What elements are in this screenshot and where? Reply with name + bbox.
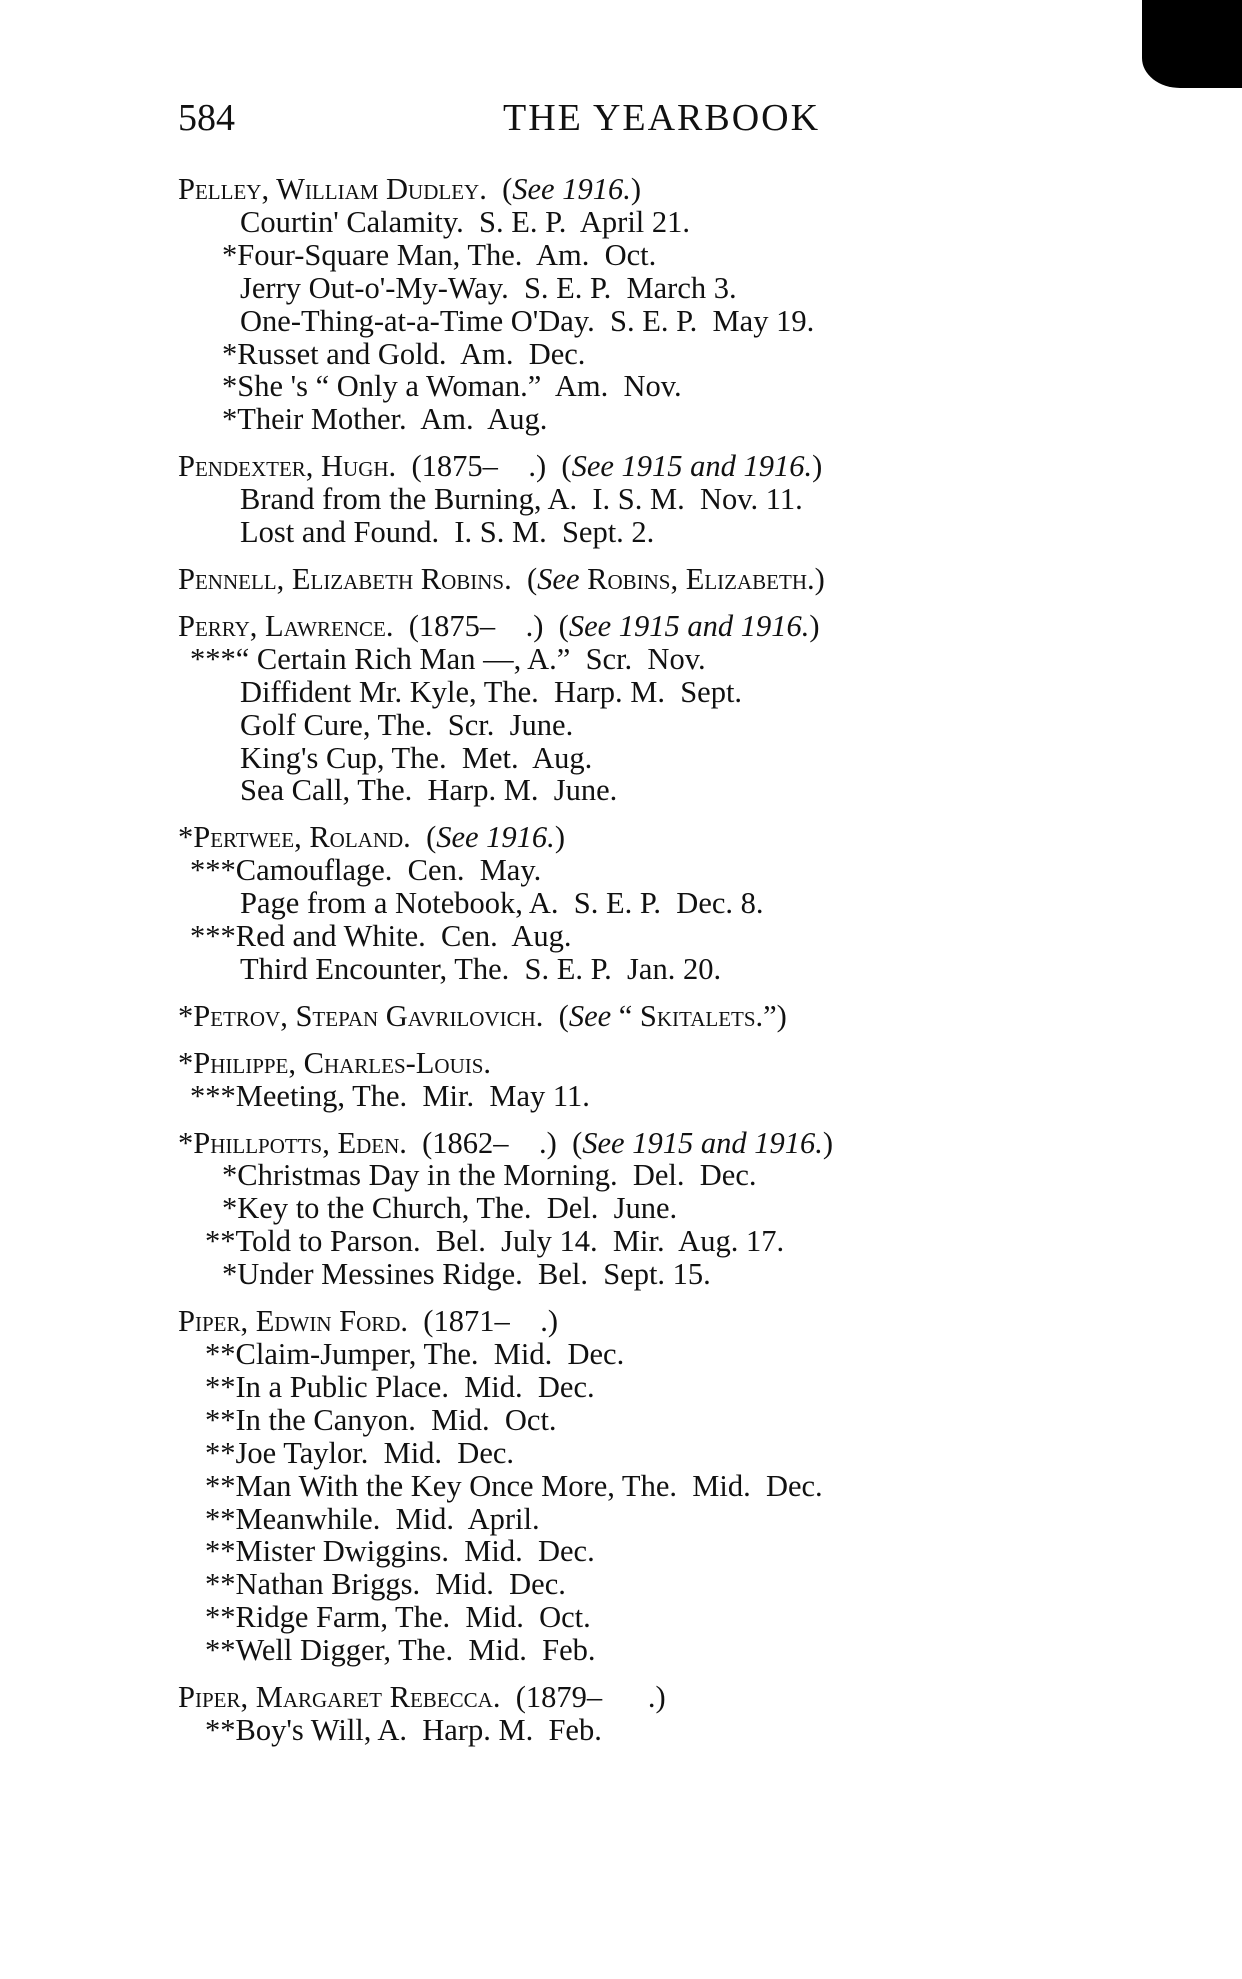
author-name: Piper, Edwin Ford.	[178, 1304, 408, 1338]
work-item: ***Red and White. Cen. Aug.	[178, 920, 1138, 953]
see-open: (	[572, 1126, 582, 1160]
work-title: Christmas Day in the Morning. Del. Dec.	[237, 1158, 756, 1192]
author-star: *	[178, 1046, 193, 1080]
author-dates: (1879– .)	[516, 1680, 666, 1714]
author-name: Pertwee, Roland.	[193, 820, 411, 854]
work-title: Mister Dwiggins. Mid. Dec.	[236, 1534, 595, 1568]
distinction-stars: *	[222, 239, 237, 272]
work-title: In the Canyon. Mid. Oct.	[236, 1403, 557, 1437]
work-title: Russet and Gold. Am. Dec.	[237, 337, 585, 371]
work-item: ***Camouflage. Cen. May.	[178, 854, 1138, 887]
author-line: *Petrov, Stepan Gavrilovich. (See “ Skit…	[178, 1000, 1138, 1033]
work-title: Ridge Farm, The. Mid. Oct.	[236, 1600, 591, 1634]
distinction-stars: **	[205, 1714, 236, 1747]
see-target: )	[823, 1126, 833, 1160]
distinction-stars: **	[205, 1535, 236, 1568]
work-item: ***“ Certain Rich Man —, A.” Scr. Nov.	[178, 643, 1138, 676]
author-dates: (1875– .)	[411, 449, 546, 483]
work-item: Lost and Found. I. S. M. Sept. 2.	[178, 516, 1138, 549]
work-item: Jerry Out-o'-My-Way. S. E. P. March 3.	[178, 272, 1138, 305]
work-item: **Meanwhile. Mid. April.	[178, 1503, 1138, 1536]
distinction-stars: *	[222, 403, 237, 436]
author-name: Petrov, Stepan Gavrilovich.	[193, 999, 543, 1033]
distinction-stars: *	[222, 338, 237, 371]
work-title: Under Messines Ridge. Bel. Sept. 15.	[237, 1257, 711, 1291]
work-item: Brand from the Burning, A. I. S. M. Nov.…	[178, 483, 1138, 516]
work-item: Courtin' Calamity. S. E. P. April 21.	[178, 206, 1138, 239]
author-name: Piper, Margaret Rebecca.	[178, 1680, 500, 1714]
work-item: **In the Canyon. Mid. Oct.	[178, 1404, 1138, 1437]
work-title: One-Thing-at-a-Time O'Day. S. E. P. May …	[240, 304, 814, 338]
work-title: In a Public Place. Mid. Dec.	[236, 1370, 595, 1404]
work-title: Nathan Briggs. Mid. Dec.	[236, 1567, 566, 1601]
distinction-stars: *	[222, 370, 237, 403]
work-item: One-Thing-at-a-Time O'Day. S. E. P. May …	[178, 305, 1138, 338]
work-item: *Russet and Gold. Am. Dec.	[178, 338, 1138, 371]
work-item: **Man With the Key Once More, The. Mid. …	[178, 1470, 1138, 1503]
work-item: Page from a Notebook, A. S. E. P. Dec. 8…	[178, 887, 1138, 920]
see-target: “ Skitalets.”)	[611, 999, 787, 1033]
work-title: Man With the Key Once More, The. Mid. De…	[236, 1469, 823, 1503]
work-title: Claim-Jumper, The. Mid. Dec.	[236, 1337, 625, 1371]
running-title: THE YEARBOOK	[503, 96, 820, 140]
author-name: Perry, Lawrence.	[178, 609, 393, 643]
author-entry: Piper, Margaret Rebecca. (1879– .)**Boy'…	[178, 1681, 1138, 1747]
distinction-stars: **	[205, 1437, 236, 1470]
work-item: *Christmas Day in the Morning. Del. Dec.	[178, 1159, 1138, 1192]
work-item: Diffident Mr. Kyle, The. Harp. M. Sept.	[178, 676, 1138, 709]
work-title: Well Digger, The. Mid. Feb.	[236, 1633, 596, 1667]
author-entry: Perry, Lawrence. (1875– .) (See 1915 and…	[178, 610, 1138, 807]
work-title: Their Mother. Am. Aug.	[237, 402, 547, 436]
author-dates: (1862– .)	[422, 1126, 557, 1160]
author-line: *Pertwee, Roland. (See 1916.)	[178, 821, 1138, 854]
work-title: Sea Call, The. Harp. M. June.	[240, 773, 617, 807]
author-entry: Pennell, Elizabeth Robins. (See Robins, …	[178, 563, 1138, 596]
work-item: **Joe Taylor. Mid. Dec.	[178, 1437, 1138, 1470]
distinction-stars: ***	[190, 920, 236, 953]
work-title: Lost and Found. I. S. M. Sept. 2.	[240, 515, 654, 549]
author-line: *Philippe, Charles-Louis.	[178, 1047, 1138, 1080]
see-target: )	[631, 172, 641, 206]
distinction-stars: **	[205, 1601, 236, 1634]
distinction-stars: ***	[190, 1080, 236, 1113]
author-dates: (1871– .)	[423, 1304, 558, 1338]
distinction-stars: *	[222, 1192, 237, 1225]
author-entry: *Phillpotts, Eden. (1862– .) (See 1915 a…	[178, 1127, 1138, 1292]
work-item: *She 's “ Only a Woman.” Am. Nov.	[178, 370, 1138, 403]
work-title: Camouflage. Cen. May.	[236, 853, 542, 887]
author-dates: (1875– .)	[409, 609, 544, 643]
work-title: Key to the Church, The. Del. June.	[237, 1191, 677, 1225]
see-target: )	[812, 449, 822, 483]
distinction-stars: **	[205, 1371, 236, 1404]
distinction-stars: **	[205, 1634, 236, 1667]
work-item: **Nathan Briggs. Mid. Dec.	[178, 1568, 1138, 1601]
author-line: Pennell, Elizabeth Robins. (See Robins, …	[178, 563, 1138, 596]
see-reference: See	[569, 999, 611, 1033]
distinction-stars: *	[222, 1258, 237, 1291]
distinction-stars: ***	[190, 854, 236, 887]
work-title: She 's “ Only a Woman.” Am. Nov.	[237, 369, 681, 403]
author-name: Pendexter, Hugh.	[178, 449, 396, 483]
work-title: Page from a Notebook, A. S. E. P. Dec. 8…	[240, 886, 764, 920]
see-open: (	[527, 562, 537, 596]
work-title: Courtin' Calamity. S. E. P. April 21.	[240, 205, 690, 239]
author-entries-list: Pelley, William Dudley. (See 1916.)Court…	[178, 173, 1138, 1761]
author-entry: Piper, Edwin Ford. (1871– .)**Claim-Jump…	[178, 1305, 1138, 1667]
work-title: Joe Taylor. Mid. Dec.	[236, 1436, 515, 1470]
see-open: (	[561, 449, 571, 483]
work-item: *Their Mother. Am. Aug.	[178, 403, 1138, 436]
work-item: Sea Call, The. Harp. M. June.	[178, 774, 1138, 807]
work-item: King's Cup, The. Met. Aug.	[178, 742, 1138, 775]
author-name: Pelley, William Dudley.	[178, 172, 487, 206]
see-reference: See 1915 and 1916.	[569, 609, 810, 643]
work-item: **Mister Dwiggins. Mid. Dec.	[178, 1535, 1138, 1568]
work-item: *Four-Square Man, The. Am. Oct.	[178, 239, 1138, 272]
work-title: Boy's Will, A. Harp. M. Feb.	[236, 1713, 602, 1747]
author-star: *	[178, 820, 193, 854]
author-star: *	[178, 1126, 193, 1160]
distinction-stars: *	[222, 1159, 237, 1192]
page-number: 584	[178, 96, 235, 140]
work-title: Jerry Out-o'-My-Way. S. E. P. March 3.	[240, 271, 737, 305]
see-open: (	[559, 999, 569, 1033]
see-open: (	[502, 172, 512, 206]
work-title: Meanwhile. Mid. April.	[236, 1502, 540, 1536]
work-title: Red and White. Cen. Aug.	[236, 919, 572, 953]
work-item: **Boy's Will, A. Harp. M. Feb.	[178, 1714, 1138, 1747]
work-item: **Told to Parson. Bel. July 14. Mir. Aug…	[178, 1225, 1138, 1258]
work-title: Diffident Mr. Kyle, The. Harp. M. Sept.	[240, 675, 742, 709]
see-reference: See 1915 and 1916.	[582, 1126, 823, 1160]
work-item: **Well Digger, The. Mid. Feb.	[178, 1634, 1138, 1667]
author-line: Perry, Lawrence. (1875– .) (See 1915 and…	[178, 610, 1138, 643]
author-entry: Pelley, William Dudley. (See 1916.)Court…	[178, 173, 1138, 436]
see-target: )	[809, 609, 819, 643]
work-item: ***Meeting, The. Mir. May 11.	[178, 1080, 1138, 1113]
work-item: *Key to the Church, The. Del. June.	[178, 1192, 1138, 1225]
author-name: Phillpotts, Eden.	[193, 1126, 407, 1160]
work-title: Four-Square Man, The. Am. Oct.	[237, 238, 656, 272]
scan-corner-mark	[1142, 0, 1242, 88]
author-entry: Pendexter, Hugh. (1875– .) (See 1915 and…	[178, 450, 1138, 549]
see-reference: See 1915 and 1916.	[572, 449, 813, 483]
work-item: **Ridge Farm, The. Mid. Oct.	[178, 1601, 1138, 1634]
work-item: **In a Public Place. Mid. Dec.	[178, 1371, 1138, 1404]
author-star: *	[178, 999, 193, 1033]
distinction-stars: **	[205, 1568, 236, 1601]
work-item: Golf Cure, The. Scr. June.	[178, 709, 1138, 742]
author-line: Piper, Edwin Ford. (1871– .)	[178, 1305, 1138, 1338]
page-header: 584 THE YEARBOOK	[178, 96, 898, 146]
author-name: Pennell, Elizabeth Robins.	[178, 562, 512, 596]
work-title: King's Cup, The. Met. Aug.	[240, 741, 592, 775]
work-title: Told to Parson. Bel. July 14. Mir. Aug. …	[236, 1224, 785, 1258]
author-name: Philippe, Charles-Louis.	[193, 1046, 491, 1080]
author-line: Pendexter, Hugh. (1875– .) (See 1915 and…	[178, 450, 1138, 483]
work-title: “ Certain Rich Man —, A.” Scr. Nov.	[236, 642, 706, 676]
distinction-stars: **	[205, 1404, 236, 1437]
author-entry: *Petrov, Stepan Gavrilovich. (See “ Skit…	[178, 1000, 1138, 1033]
see-open: (	[559, 609, 569, 643]
author-entry: *Philippe, Charles-Louis.***Meeting, The…	[178, 1047, 1138, 1113]
see-target: Robins, Elizabeth.)	[579, 562, 824, 596]
work-title: Golf Cure, The. Scr. June.	[240, 708, 573, 742]
work-item: **Claim-Jumper, The. Mid. Dec.	[178, 1338, 1138, 1371]
work-title: Brand from the Burning, A. I. S. M. Nov.…	[240, 482, 803, 516]
author-line: *Phillpotts, Eden. (1862– .) (See 1915 a…	[178, 1127, 1138, 1160]
distinction-stars: **	[205, 1470, 236, 1503]
see-reference: See	[537, 562, 579, 596]
see-reference: See 1916.	[436, 820, 555, 854]
distinction-stars: **	[205, 1503, 236, 1536]
see-target: )	[555, 820, 565, 854]
distinction-stars: **	[205, 1225, 236, 1258]
work-title: Meeting, The. Mir. May 11.	[236, 1079, 590, 1113]
work-item: Third Encounter, The. S. E. P. Jan. 20.	[178, 953, 1138, 986]
author-line: Pelley, William Dudley. (See 1916.)	[178, 173, 1138, 206]
author-line: Piper, Margaret Rebecca. (1879– .)	[178, 1681, 1138, 1714]
work-item: *Under Messines Ridge. Bel. Sept. 15.	[178, 1258, 1138, 1291]
distinction-stars: ***	[190, 643, 236, 676]
see-open: (	[426, 820, 436, 854]
see-reference: See 1916.	[512, 172, 631, 206]
distinction-stars: **	[205, 1338, 236, 1371]
author-entry: *Pertwee, Roland. (See 1916.)***Camoufla…	[178, 821, 1138, 986]
work-title: Third Encounter, The. S. E. P. Jan. 20.	[240, 952, 721, 986]
